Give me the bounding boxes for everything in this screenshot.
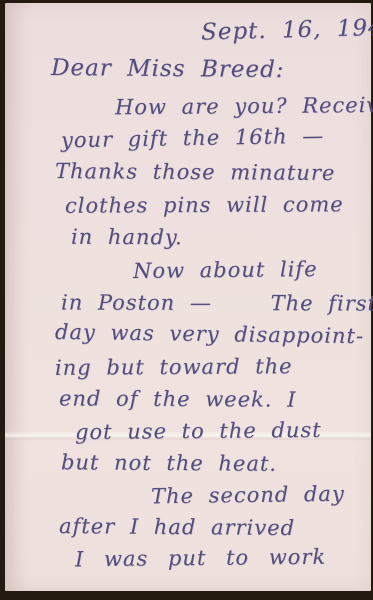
letter-salutation: Dear Miss Breed: [51,55,285,83]
letter-line: I was put to work [75,545,326,572]
letter-line: in handy. [71,225,183,250]
letter-line: clothes pins will come [65,192,344,217]
letter-line: Thanks those minature [55,159,336,185]
letter-line: day was very disappoint- [55,320,364,348]
letter-paper: Sept. 16, 1942 Dear Miss Breed: How are … [5,3,371,591]
letter-date-line: Sept. 16, 1942 [201,14,373,45]
letter-line: but not the heat. [61,450,277,476]
paper-edge-shading [5,3,31,591]
letter-line: in Poston — The first [61,290,373,315]
letter-line: How are you? Received [115,93,373,120]
letter-line: your gift the 16th — [61,124,325,153]
scanned-letter-photo: Sept. 16, 1942 Dear Miss Breed: How are … [0,0,373,600]
letter-line: end of the week. I [59,386,297,411]
letter-line: after I had arrived [59,514,295,540]
letter-line: The second day [151,482,345,509]
letter-line: ing but toward the [55,354,293,380]
letter-line: Now about life [133,257,318,283]
letter-line: got use to the dust [75,418,322,444]
